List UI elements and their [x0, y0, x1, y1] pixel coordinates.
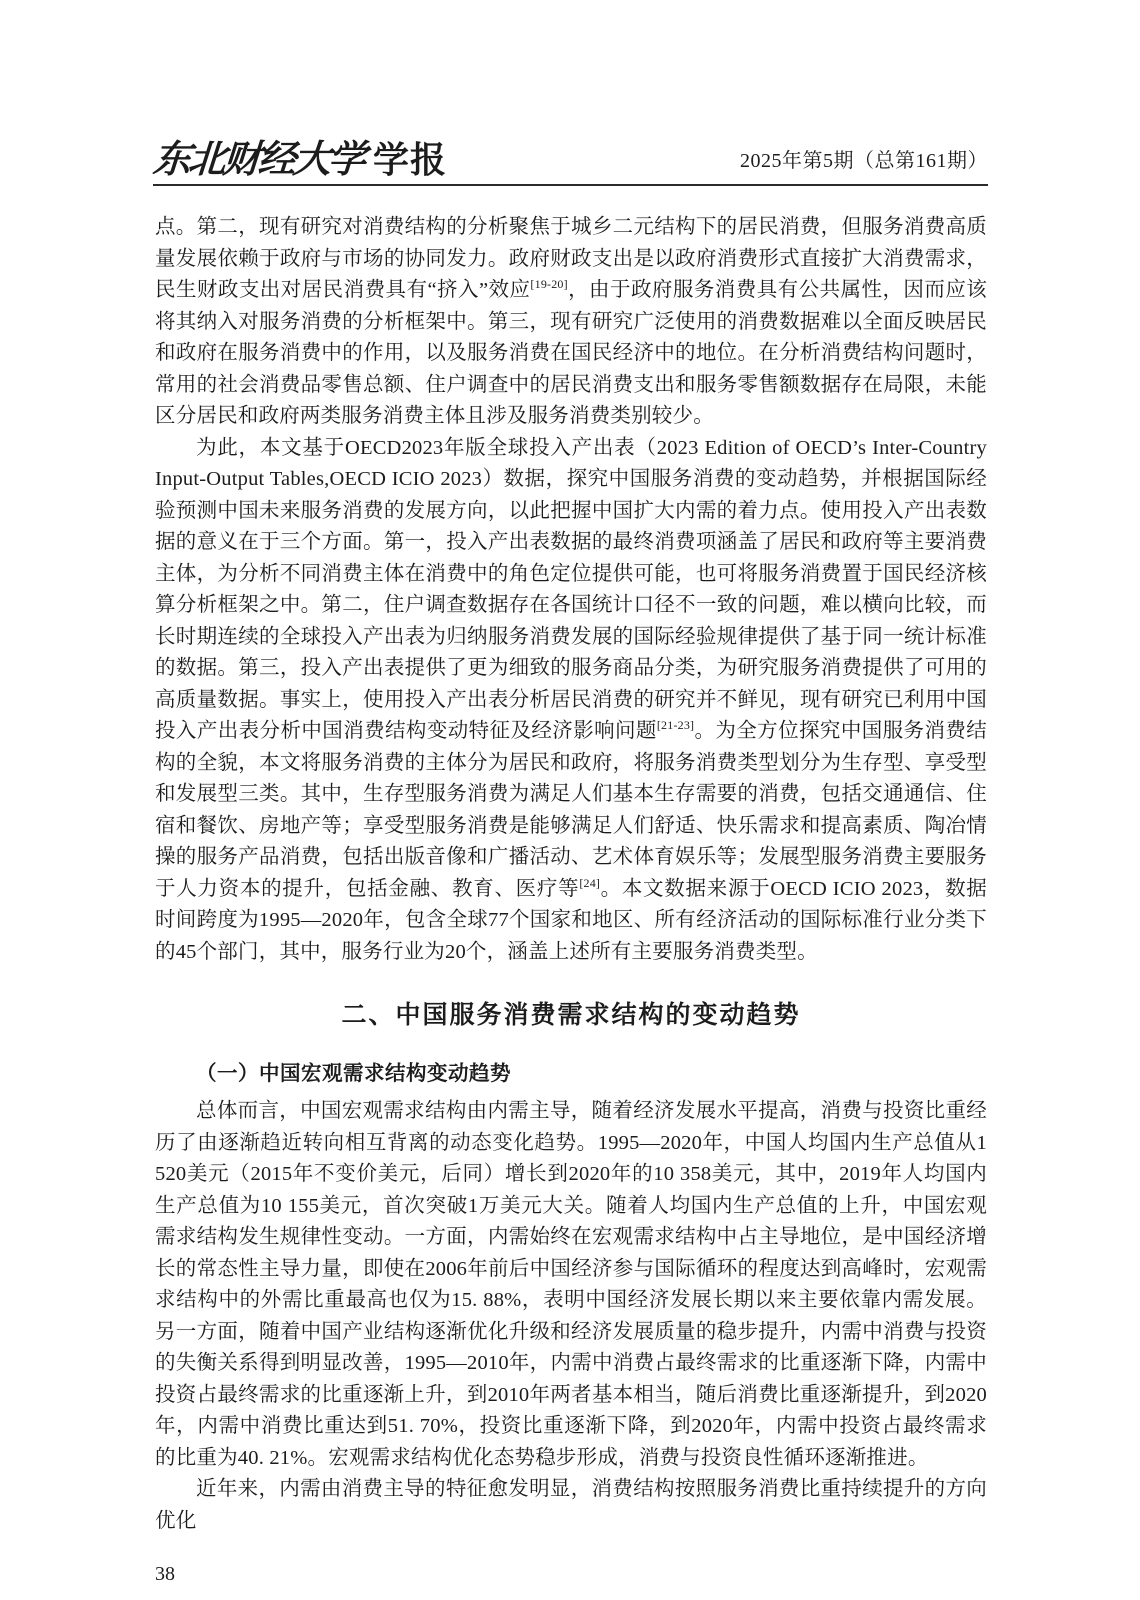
citation-ref: [21-23]	[657, 718, 694, 732]
article-body: 点。第二，现有研究对消费结构的分析聚焦于城乡二元结构下的居民消费，但服务消费高质…	[155, 212, 987, 1586]
journal-page: 东北财经大学 学报 2025年第5期（总第161期） 点。第二，现有研究对消费结…	[0, 0, 1140, 1600]
paragraph-text: 为此，本文基于OECD2023年版全球投入产出表（2023 Edition of…	[155, 437, 987, 743]
page-header: 东北财经大学 学报 2025年第5期（总第161期）	[153, 140, 988, 186]
paragraph-text: ，由于政府服务消费具有公共属性，因而应该将其纳入对服务消费的分析框架中。第三，现…	[155, 279, 987, 427]
paragraph-recent-trend: 近年来，内需由消费主导的特征愈发明显，消费结构按照服务消费比重持续提升的方向优化	[155, 1474, 987, 1537]
page-number: 38	[155, 1563, 987, 1586]
issue-info: 2025年第5期（总第161期）	[740, 144, 988, 178]
journal-logo-calligraphy: 东北财经大学	[152, 140, 365, 178]
section-title: 二、中国服务消费需求结构的变动趋势	[155, 995, 987, 1031]
citation-ref: [19-20]	[530, 277, 567, 291]
journal-logo-suffix: 学报	[373, 142, 447, 178]
paragraph-data-method: 为此，本文基于OECD2023年版全球投入产出表（2023 Edition of…	[155, 433, 987, 969]
paragraph-text: 。为全方位探究中国服务消费结构的全貌，本文将服务消费的主体分为居民和政府，将服务…	[155, 720, 987, 900]
paragraph-continuation: 点。第二，现有研究对消费结构的分析聚焦于城乡二元结构下的居民消费，但服务消费高质…	[155, 212, 987, 433]
citation-ref: [24]	[579, 876, 600, 890]
journal-logo: 东北财经大学 学报	[153, 140, 447, 178]
subsection-title: （一）中国宏观需求结构变动趋势	[155, 1056, 987, 1086]
paragraph-macro-demand: 总体而言，中国宏观需求结构由内需主导，随着经济发展水平提高，消费与投资比重经历了…	[155, 1096, 987, 1474]
